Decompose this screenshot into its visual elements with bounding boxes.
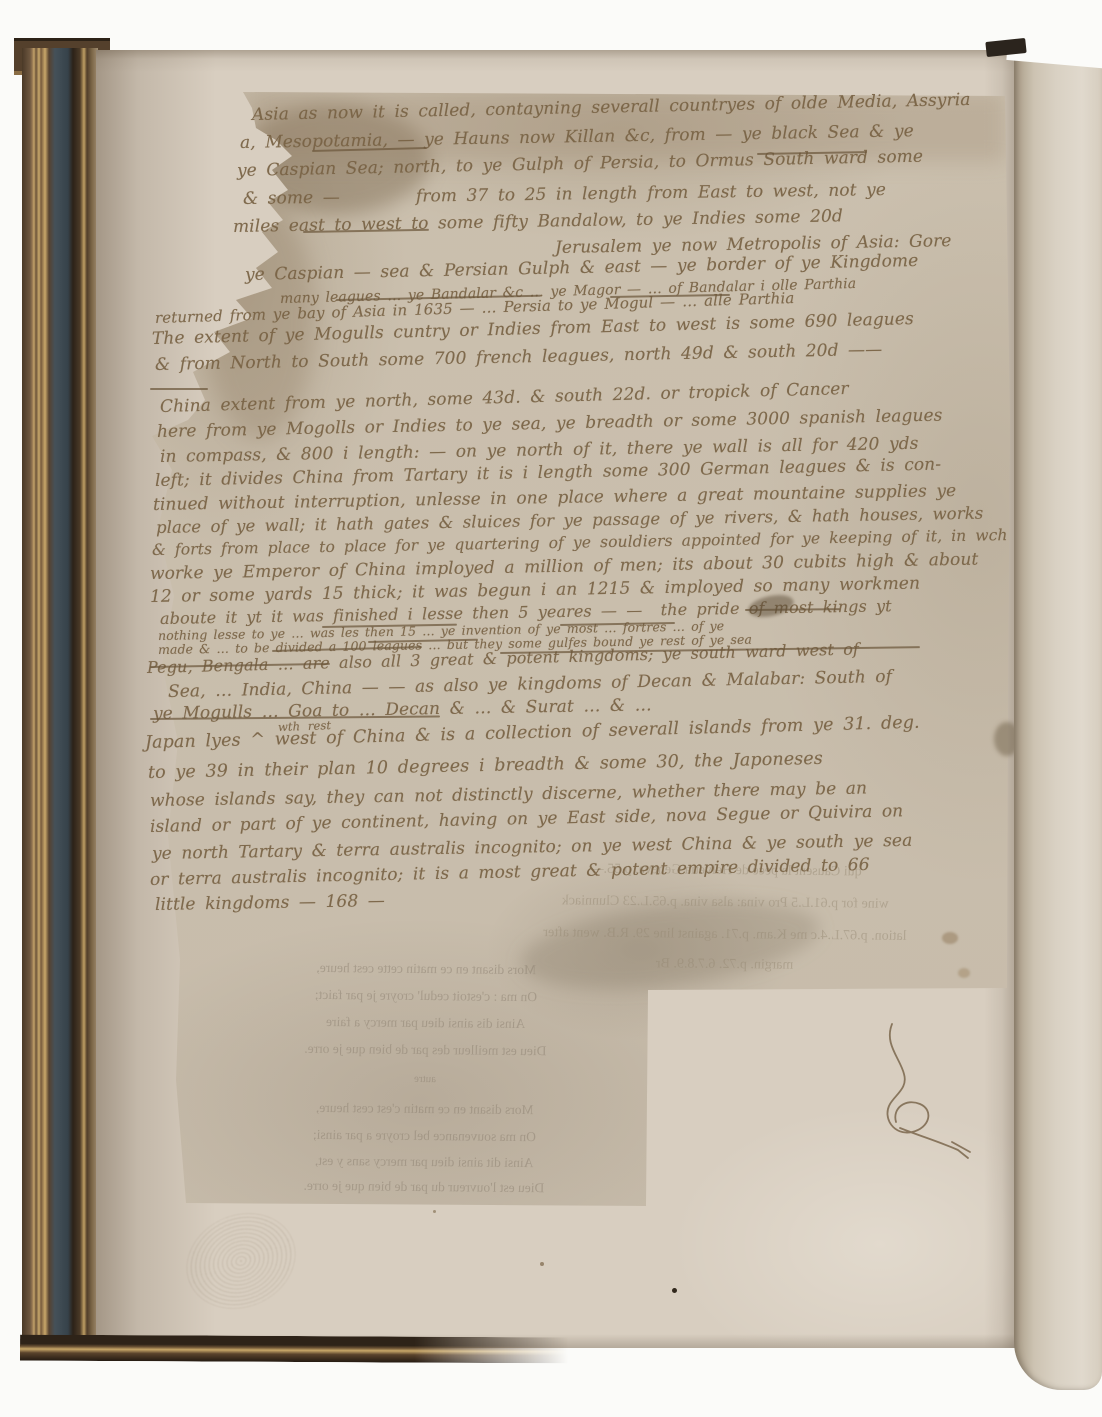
showthrough-line: On ma : c'estoit cedul' croyre je par fa… [201,987,651,1005]
ink-speck [672,1288,677,1293]
showthrough-line: lation. p.67.L.4.c me K.am. p.71. agains… [430,925,1020,945]
showthrough-line: Dieu est meilleur des par de bien que je… [200,1041,650,1059]
ink-blot [942,932,958,944]
showthrough-line: wine for p.61.L.5 Pro vina: alsa vina. p… [430,893,1020,913]
showthrough-block-b: Mors disant en ce matin cette cest heure… [199,956,652,1211]
book-bottom-gilt-edge [20,1335,568,1364]
ink-doodle [840,1018,1000,1168]
ink-speck [433,1210,436,1213]
handwriting-line: little kingdoms — 168 — [155,893,385,914]
ink-speck [540,1262,544,1266]
next-leaf-edge [1014,52,1102,1390]
strikethrough-mark [150,388,208,390]
ink-blot [958,968,970,978]
showthrough-line: On ma souvenance bel croyre a par ainsi; [199,1127,649,1145]
showthrough-line: Dieu est l'ouvreur du par de bien que je… [199,1178,649,1196]
photo-background: qui Causent la pece de Helvetia Geneva. … [0,0,1102,1417]
binding-spine-gilt-edges [22,48,98,1354]
showthrough-line: Ainsi dis ainsi dieu par mercy a faire [201,1014,651,1032]
showthrough-line: Mors disant en ce matin c'est cest heure… [200,1100,650,1118]
showthrough-line: Ainsi dit ainsi dieu par mercy sans y es… [199,1153,649,1171]
showthrough-line: autre [200,1072,650,1088]
showthrough-line: Mors disant en ce matin cette cest heure… [201,960,651,978]
